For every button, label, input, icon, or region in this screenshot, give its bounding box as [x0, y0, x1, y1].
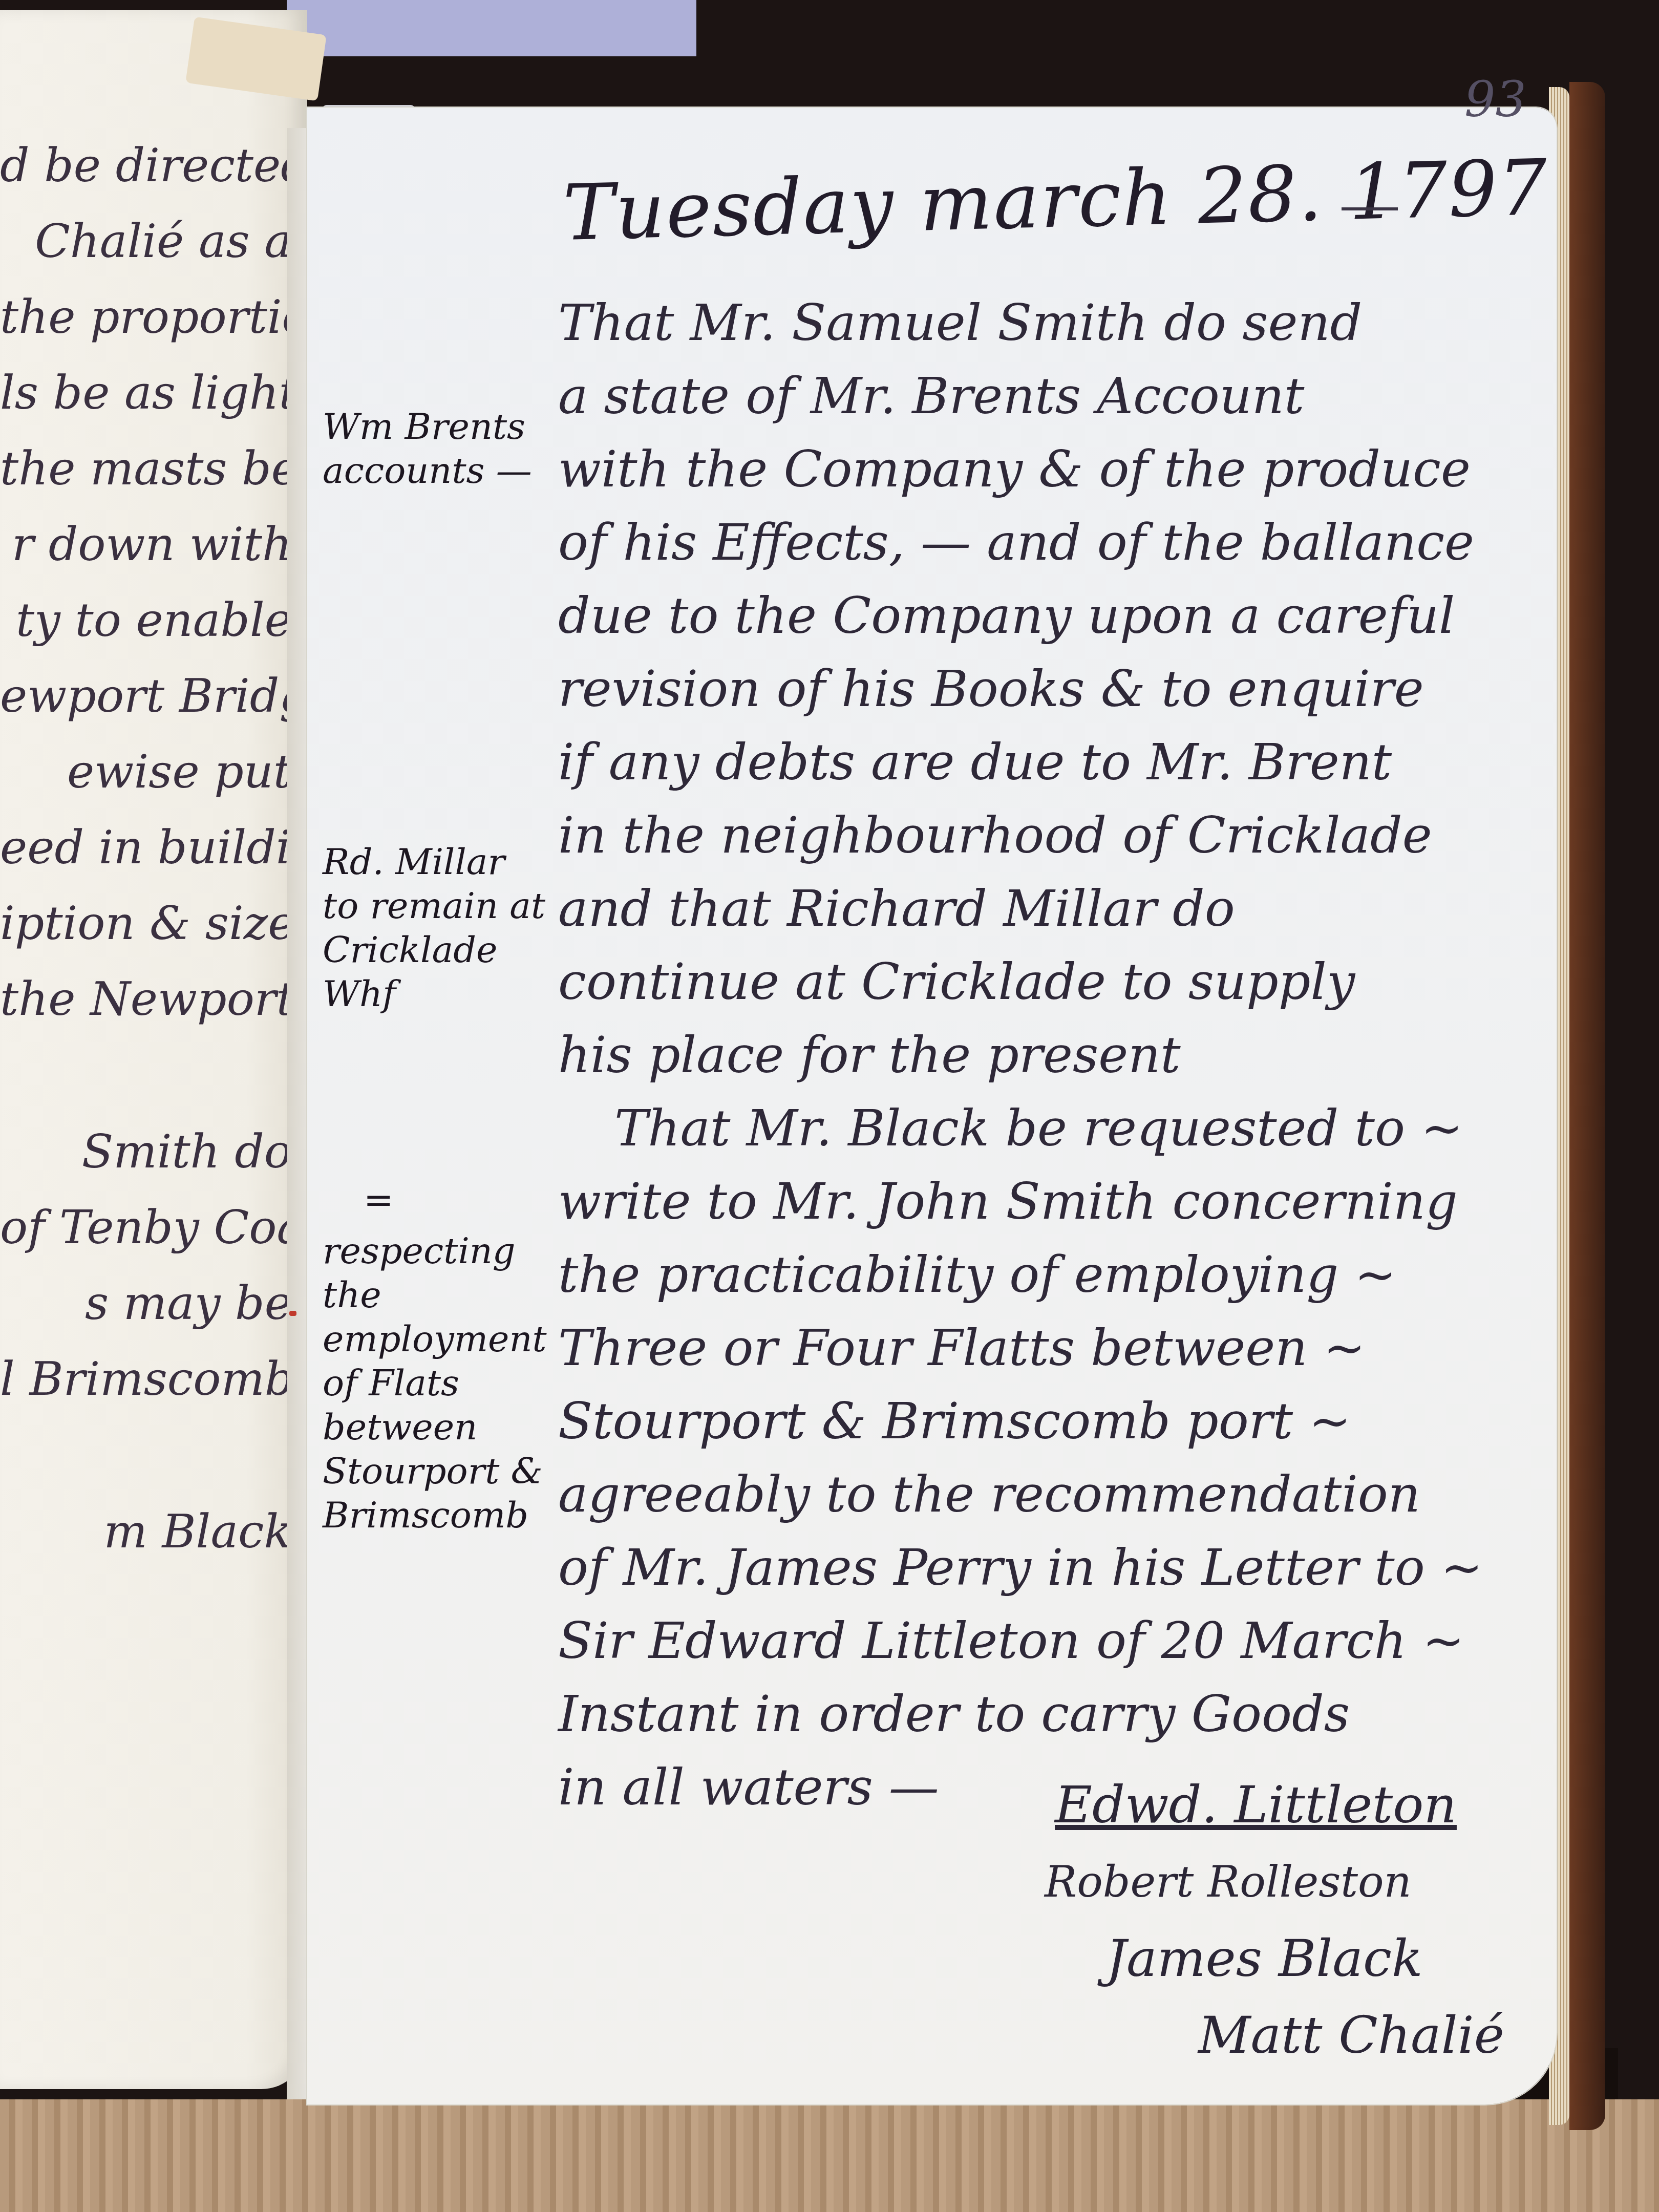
margin-line: employment: [323, 1317, 563, 1361]
left-gap: [0, 1417, 297, 1494]
left-line: the proportion: [0, 280, 297, 355]
margin-note-millar: Rd. Millar to remain at Cricklade Whf: [323, 840, 563, 1016]
left-gap: [0, 1037, 297, 1114]
body-line: of Mr. James Perry in his Letter to ~: [558, 1532, 1541, 1605]
margin-line: Wm Brents: [323, 405, 563, 449]
body-line: of his Effects, — and of the ballance: [558, 506, 1541, 580]
margin-line: to remain at: [323, 884, 563, 928]
signature-rolleston: Robert Rolleston: [1014, 1843, 1526, 1920]
left-line: ty to enable: [0, 583, 297, 658]
body-line: Three or Four Flatts between ~: [558, 1312, 1541, 1385]
body-line: Instant in order to carry Goods: [558, 1678, 1541, 1751]
margin-note-brents-accounts: Wm Brents accounts —: [323, 405, 563, 493]
left-line: Chalié as a: [0, 204, 297, 280]
body-line: revision of his Books & to enquire: [558, 653, 1541, 726]
left-line: iption & size: [0, 886, 297, 962]
body-line: Stourport & Brimscomb port ~: [558, 1385, 1541, 1458]
signature-black: James Black: [1014, 1920, 1526, 1997]
body-line: due to the Company upon a careful: [558, 580, 1541, 653]
body-line: his place for the present: [558, 1019, 1541, 1092]
body-line: a state of Mr. Brents Account: [558, 360, 1541, 433]
signatures-block: Edwd. Littleton Robert Rolleston James B…: [1014, 1767, 1526, 2074]
body-line: Sir Edward Littleton of 20 March ~: [558, 1605, 1541, 1678]
left-line: ewport Bridge: [0, 658, 297, 734]
margin-line: Brimscomb: [323, 1493, 563, 1537]
backdrop-lilac: [287, 0, 696, 56]
left-line: s may be: [0, 1266, 297, 1342]
margin-line: Rd. Millar: [323, 840, 563, 884]
body-line: That Mr. Black be requested to ~: [558, 1092, 1541, 1165]
body-line: agreeably to the recommendation: [558, 1458, 1541, 1532]
margin-line: accounts —: [323, 449, 563, 493]
left-signature: m Black: [0, 1494, 297, 1570]
heading-dash: [1342, 207, 1398, 210]
red-wax-mark: [289, 1311, 296, 1316]
left-line: of Tenby Coal: [0, 1190, 297, 1266]
body-line: in the neighbourhood of Cricklade: [558, 799, 1541, 873]
body-line: That Mr. Samuel Smith do send: [558, 287, 1541, 360]
wooden-table: [0, 2099, 1659, 2212]
minutes-body: That Mr. Samuel Smith do send a state of…: [558, 287, 1541, 1824]
left-line: r down with: [0, 507, 297, 583]
body-line: and that Richard Millar do: [558, 873, 1541, 946]
left-line: ls be as light: [0, 355, 297, 431]
left-line: l Brimscomb: [0, 1342, 297, 1417]
margin-line: of Flats between: [323, 1361, 563, 1449]
signature-chalie: Matt Chalié: [1014, 1997, 1526, 2074]
left-page: d be directed Chalié as a the proportion…: [0, 10, 307, 2089]
margin-line: respecting the: [323, 1229, 563, 1317]
signature-littleton: Edwd. Littleton: [1014, 1767, 1526, 1843]
body-line: the practicability of employing ~: [558, 1239, 1541, 1312]
left-line: Smith do: [0, 1114, 297, 1190]
body-line: with the Company & of the produce: [558, 433, 1541, 506]
margin-line: Cricklade Whf: [323, 928, 563, 1016]
left-line: the Newport: [0, 962, 297, 1037]
body-line: continue at Cricklade to supply: [558, 946, 1541, 1019]
left-line: eed in building: [0, 810, 297, 886]
book-cover-edge: [1569, 82, 1605, 2130]
margin-note-flats: respecting the employment of Flats betwe…: [323, 1229, 563, 1537]
page-number: 93: [1464, 72, 1526, 128]
body-line: if any debts are due to Mr. Brent: [558, 726, 1541, 799]
left-line: d be directed: [0, 128, 297, 204]
left-line: the masts be: [0, 431, 297, 507]
body-line: write to Mr. John Smith concerning: [558, 1165, 1541, 1239]
left-page-text: d be directed Chalié as a the proportion…: [0, 128, 297, 1570]
margin-line: Stourport &: [323, 1449, 563, 1493]
left-line: ewise put: [0, 734, 297, 810]
